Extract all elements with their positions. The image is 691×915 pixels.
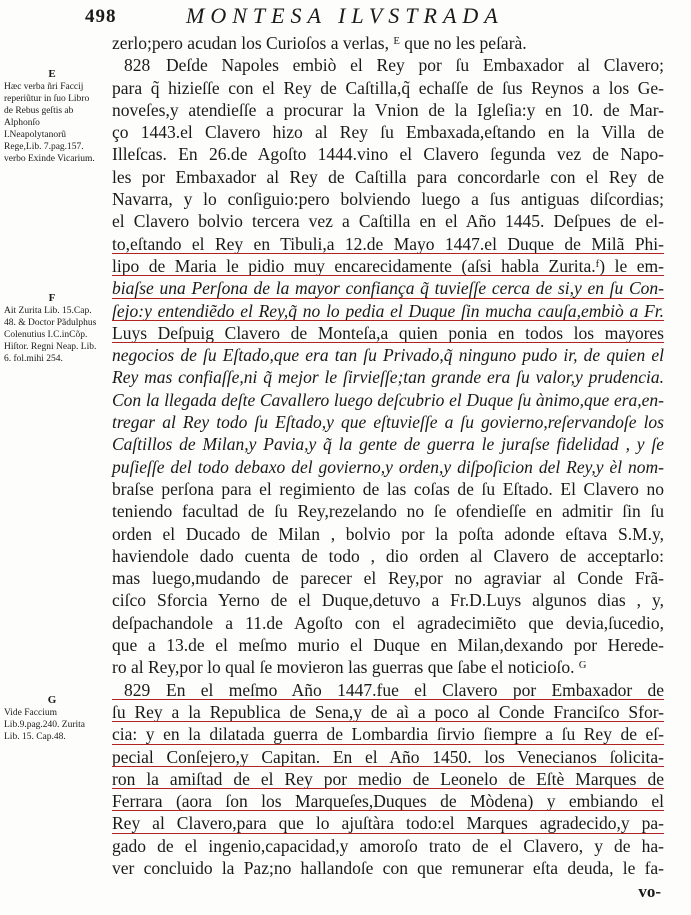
line-text: Rey al Clavero,para que lo ajuſtàra todo… [112, 813, 664, 833]
text-line: Rey mas confiaſſe,ni q̃ mejor le ſirvieſ… [112, 366, 664, 388]
line-text: Ferrara (aora ſon los Marqueſes,Duques d… [112, 791, 664, 811]
line-text: gado de el ingenio,capacidad,y amoroſo t… [112, 836, 664, 856]
line-text: braſse perſona para el regimiento de las… [112, 479, 664, 499]
text-line: que a 13.de el meſmo murio el Duque en M… [112, 634, 664, 656]
red-underline-annotation [112, 788, 664, 789]
red-underline-annotation [112, 810, 664, 811]
line-text: el Clavero bolvio tercera vez a Caſtilla… [112, 211, 664, 231]
text-line: lipo de Maria le pidio muy encarecidamen… [112, 255, 664, 277]
text-line: ver concluido la Paz;no hallandoſe con q… [112, 857, 664, 879]
red-underline-annotation [112, 253, 664, 254]
text-line: les por Embaxador al Rey de Caſtilla par… [112, 166, 664, 188]
line-text: zerlo;pero acudan los Curioſos a verlas,… [112, 33, 527, 53]
line-text: Caſtillos de Milan,y Pavia,y q̃ la gente… [112, 434, 664, 454]
red-underline-annotation [112, 342, 664, 343]
text-line: ço 1443.el Clavero hizo al Rey ſu Embaxa… [112, 121, 664, 143]
line-text: mas luego,mudando de parecer el Rey,por … [112, 568, 664, 588]
text-line: negocios de ſu Eſtado,que era tan ſu Pri… [112, 344, 664, 366]
line-text: Navarra, y lo conſiguio:pero bolviendo l… [112, 189, 664, 209]
paragraph-number: 829 [112, 679, 166, 701]
red-underline-annotation [112, 699, 664, 700]
line-text: noveſes,y atendieſſe a procurar la Vnion… [112, 100, 664, 120]
text-line: el Clavero bolvio tercera vez a Caſtilla… [112, 210, 664, 232]
page-number: 498 [85, 6, 117, 28]
line-text: to,eſtando el Rey en Tibuli,a 12.de Mayo… [112, 234, 664, 254]
line-text: pecial Conſejero,y Capitan. En el Año 14… [112, 747, 664, 767]
line-text: Luys Deſpuig Clavero de Monteſa,a quien … [112, 323, 664, 343]
text-line: ſu Rey a la Republica de Sena,y de aì a … [112, 701, 664, 723]
margin-note-g: G Vide Faccium Lib.9.pag.240. Zurita Lib… [4, 694, 100, 743]
line-text: haviendole dado cuenta de todo , dio ord… [112, 546, 664, 566]
line-text: Rey mas confiaſſe,ni q̃ mejor le ſirvieſ… [112, 367, 664, 387]
line-text: ron la amiſtad de el Rey por medio de Le… [112, 769, 664, 789]
line-text: cia: y en la dilatada guerra de Lombardi… [112, 724, 664, 744]
text-line: tregar al Rey todo ſu Eſtado,y que eſtuv… [112, 411, 664, 433]
running-title: MONTESA ILVSTRADA [186, 3, 504, 29]
text-line: pecial Conſejero,y Capitan. En el Año 14… [112, 746, 664, 768]
note-mark: F [4, 292, 100, 304]
text-line: deſpachandole a 11.de Agoſto con el agra… [112, 612, 664, 634]
text-line: Luys Deſpuig Clavero de Monteſa,a quien … [112, 322, 664, 344]
line-text: puſieſſe del todo debaxo del govierno,y … [112, 457, 664, 477]
red-underline-annotation [112, 275, 664, 276]
line-text: les por Embaxador al Rey de Caſtilla par… [112, 167, 664, 187]
text-line: Navarra, y lo conſiguio:pero bolviendo l… [112, 188, 664, 210]
text-line: orden el Ducado de Milan , bolvio por la… [112, 523, 664, 545]
text-line: braſse perſona para el regimiento de las… [112, 478, 664, 500]
line-text: ço 1443.el Clavero hizo al Rey ſu Embaxa… [112, 122, 664, 142]
line-text: para q̃ hizieſſe con el Rey de Caſtilla,… [112, 78, 664, 98]
red-underline-annotation [112, 766, 664, 767]
line-text: ſu Rey a la Republica de Sena,y de aì a … [112, 702, 664, 722]
note-mark: E [4, 68, 100, 80]
text-line: ron la amiſtad de el Rey por medio de Le… [112, 768, 664, 790]
margin-note-f: F Ait Zurita Lib. 15.Cap. 48. & Doctor P… [4, 292, 100, 365]
red-underline-annotation [112, 721, 664, 722]
book-page: 498 MONTESA ILVSTRADA E Hæc verba ñri Fa… [0, 0, 691, 915]
main-text-column: zerlo;pero acudan los Curioſos a verlas,… [112, 32, 664, 879]
note-mark: G [4, 694, 100, 706]
text-line: noveſes,y atendieſſe a procurar la Vnion… [112, 99, 664, 121]
text-line: Con la llegada deſte Cavallero luego deſ… [112, 389, 664, 411]
red-underline-annotation [112, 298, 664, 299]
text-line: ſejo:y entendiẽdo el Rey,q̃ no lo pedia … [112, 300, 664, 322]
text-line: biaſse una Perſona de la mayor confiança… [112, 277, 664, 299]
catchword: vo- [638, 882, 661, 902]
line-text: orden el Ducado de Milan , bolvio por la… [112, 524, 664, 544]
text-line: Rey al Clavero,para que lo ajuſtàra todo… [112, 812, 664, 834]
line-text: ſejo:y entendiẽdo el Rey,q̃ no lo pedia … [112, 301, 664, 321]
text-line: cia: y en la dilatada guerra de Lombardi… [112, 723, 664, 745]
text-line: 829En el meſmo Año 1447.fue el Clavero p… [112, 679, 664, 701]
text-line: Caſtillos de Milan,y Pavia,y q̃ la gente… [112, 433, 664, 455]
line-text: negocios de ſu Eſtado,que era tan ſu Pri… [112, 345, 664, 365]
line-text: que a 13.de el meſmo murio el Duque en M… [112, 635, 664, 655]
text-line: para q̃ hizieſſe con el Rey de Caſtilla,… [112, 77, 664, 99]
text-line: Ferrara (aora ſon los Marqueſes,Duques d… [112, 790, 664, 812]
line-text: deſpachandole a 11.de Agoſto con el agra… [112, 613, 664, 633]
paragraph-number: 828 [112, 54, 166, 76]
line-text: tregar al Rey todo ſu Eſtado,y que eſtuv… [112, 412, 664, 432]
line-text: Deſde Napoles embiò el Rey por ſu Embaxa… [166, 55, 664, 75]
line-text: ver concluido la Paz;no hallandoſe con q… [112, 858, 664, 878]
text-line: gado de el ingenio,capacidad,y amoroſo t… [112, 835, 664, 857]
text-line: 828Deſde Napoles embiò el Rey por ſu Emb… [112, 54, 664, 76]
red-underline-annotation [112, 833, 664, 834]
note-text: Hæc verba ñri Faccij reperiũtur in ſuo L… [4, 81, 100, 165]
text-line: to,eſtando el Rey en Tibuli,a 12.de Mayo… [112, 233, 664, 255]
text-line: ciſco Sforcia Yerno de el Duque,detuvo a… [112, 589, 664, 611]
text-line: zerlo;pero acudan los Curioſos a verlas,… [112, 32, 664, 54]
note-text: Ait Zurita Lib. 15.Cap. 48. & Doctor Pãd… [4, 305, 100, 365]
line-text: lipo de Maria le pidio muy encarecidamen… [112, 256, 664, 276]
line-text: ro al Rey,por lo qual ſe movieron las gu… [112, 657, 586, 677]
line-text: Con la llegada deſte Cavallero luego deſ… [112, 390, 664, 410]
text-line: ro al Rey,por lo qual ſe movieron las gu… [112, 656, 664, 678]
line-text: Illeſcas. En 26.de Agoſto 1444.vino el C… [112, 144, 664, 164]
red-underline-annotation [112, 744, 664, 745]
line-text: teniendo facultad de ſu Rey,rezelando no… [112, 501, 664, 521]
text-line: mas luego,mudando de parecer el Rey,por … [112, 567, 664, 589]
text-line: puſieſſe del todo debaxo del govierno,y … [112, 456, 664, 478]
note-text: Vide Faccium Lib.9.pag.240. Zurita Lib. … [4, 707, 100, 743]
line-text: ciſco Sforcia Yerno de el Duque,detuvo a… [112, 590, 664, 610]
red-underline-annotation [112, 320, 664, 321]
text-line: teniendo facultad de ſu Rey,rezelando no… [112, 500, 664, 522]
line-text: En el meſmo Año 1447.fue el Clavero por … [166, 680, 664, 700]
text-line: Illeſcas. En 26.de Agoſto 1444.vino el C… [112, 143, 664, 165]
margin-note-e: E Hæc verba ñri Faccij reperiũtur in ſuo… [4, 68, 100, 165]
line-text: biaſse una Perſona de la mayor confiança… [112, 278, 664, 298]
text-line: haviendole dado cuenta de todo , dio ord… [112, 545, 664, 567]
